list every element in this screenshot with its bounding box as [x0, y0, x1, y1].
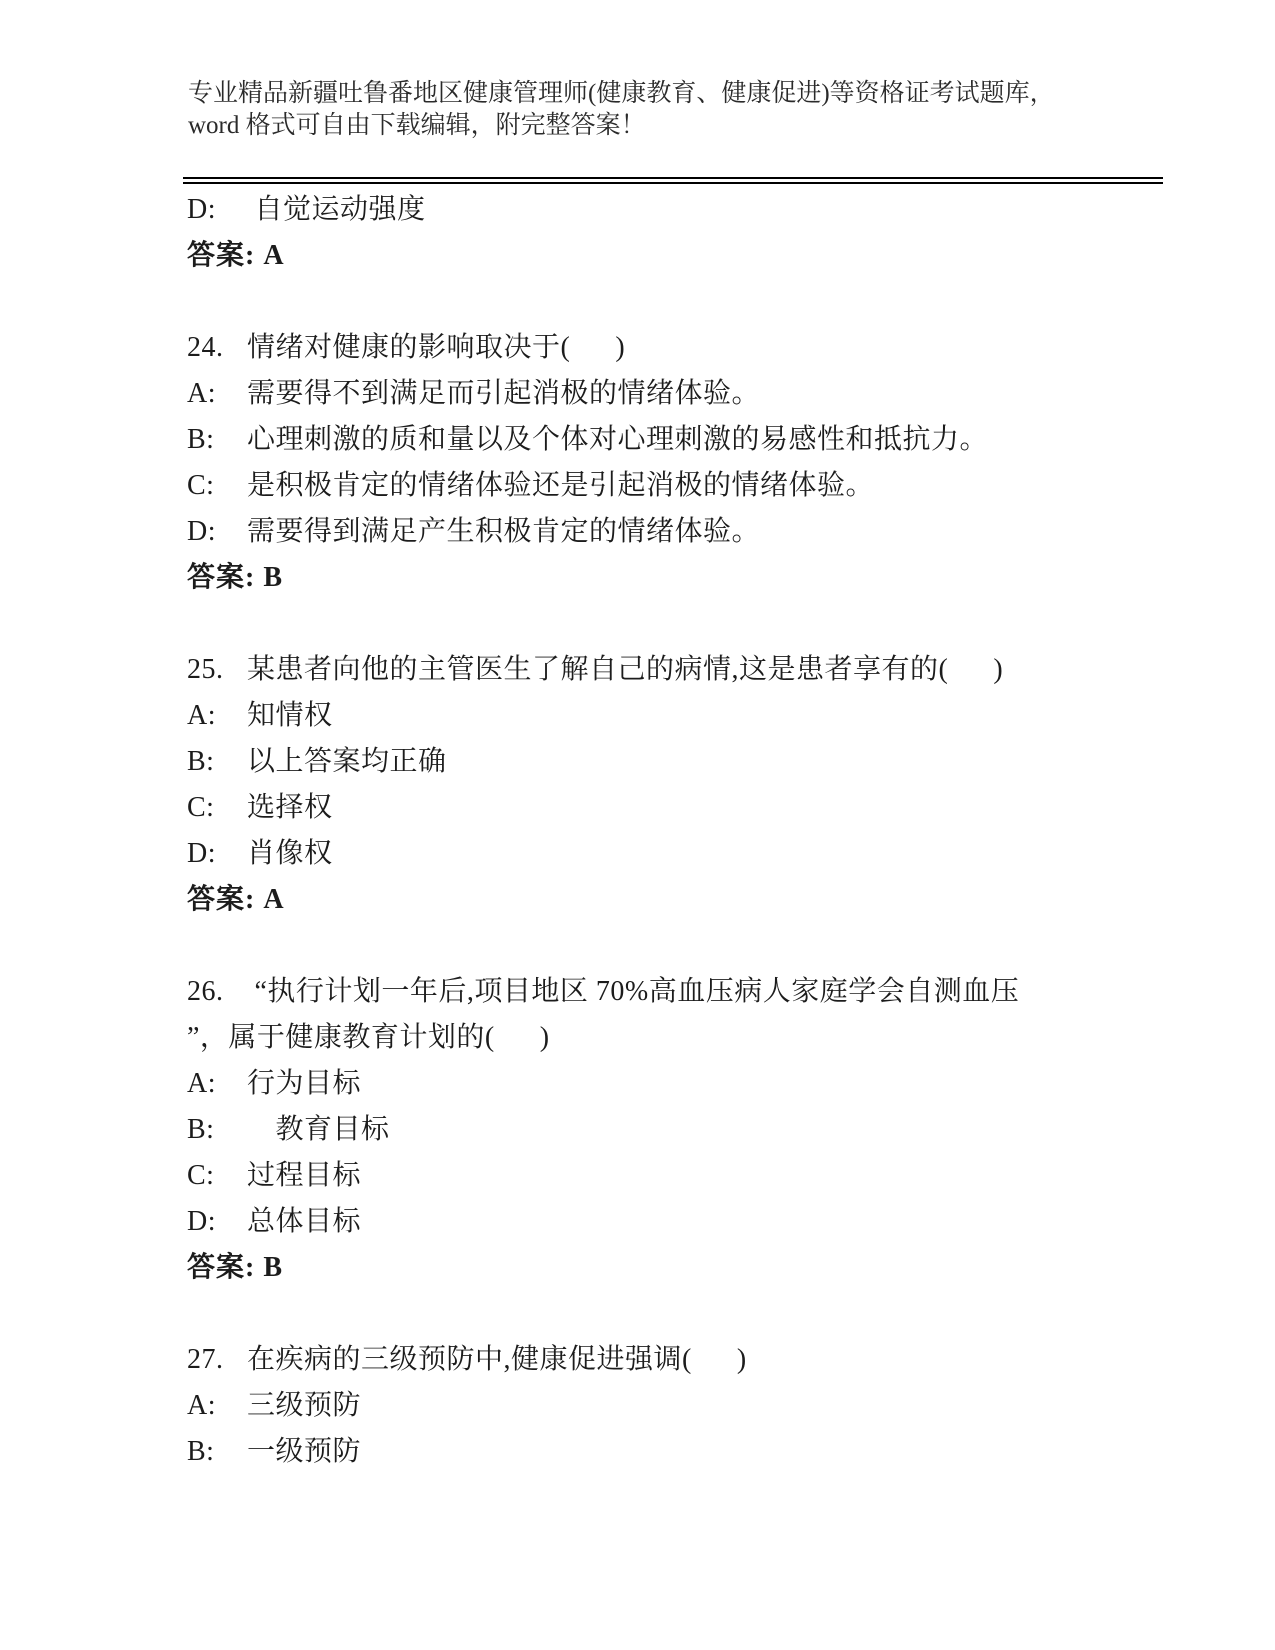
question-27: 27.在疾病的三级预防中,健康促进强调( )A:三级预防B:一级预防 — [187, 1337, 1135, 1475]
question-23-tail: D: 自觉运动强度答案: A — [187, 187, 1135, 279]
line-text: 教育目标 — [247, 1114, 390, 1145]
header-line-2: word 格式可自由下载编辑，附完整答案！ — [188, 110, 1135, 142]
option-label: A: — [187, 371, 247, 417]
question-line: 27.在疾病的三级预防中,健康促进强调( ) — [187, 1337, 1135, 1383]
option-label: B: — [187, 739, 247, 785]
line-text: 是积极肯定的情绪体验还是引起消极的情绪体验。 — [247, 470, 874, 501]
option-label: A: — [187, 693, 247, 739]
document-body: D: 自觉运动强度答案: A24.情绪对健康的影响取决于( )A:需要得不到满足… — [187, 187, 1135, 1475]
question-24: 24.情绪对健康的影响取决于( )A:需要得不到满足而引起消极的情绪体验。B:心… — [187, 325, 1135, 601]
option-line: D:肖像权 — [187, 831, 1135, 877]
option-label: C: — [187, 1153, 247, 1199]
option-label: D: — [187, 1199, 247, 1245]
line-text: “执行计划一年后,项目地区 70%高血压病人家庭学会自测血压 — [247, 976, 1019, 1007]
option-line: C:选择权 — [187, 785, 1135, 831]
question-number: 27. — [187, 1337, 247, 1383]
line-text: 三级预防 — [247, 1390, 361, 1421]
question-number: 25. — [187, 647, 247, 693]
answer-line: 答案: A — [187, 877, 1135, 923]
option-label: B: — [187, 1429, 247, 1475]
option-line: B:以上答案均正确 — [187, 739, 1135, 785]
header-rule — [183, 177, 1163, 184]
option-label: D: — [187, 831, 247, 877]
line-text: 答案: A — [187, 884, 285, 915]
option-line: B: 教育目标 — [187, 1107, 1135, 1153]
answer-line: 答案: A — [187, 233, 1135, 279]
option-line: A:需要得不到满足而引起消极的情绪体验。 — [187, 371, 1135, 417]
option-line: D:总体目标 — [187, 1199, 1135, 1245]
option-line: C:过程目标 — [187, 1153, 1135, 1199]
line-text: 心理刺激的质和量以及个体对心理刺激的易感性和抵抗力。 — [247, 424, 988, 455]
question-number: 26. — [187, 969, 247, 1015]
option-label: C: — [187, 785, 247, 831]
option-line: D:需要得到满足产生积极肯定的情绪体验。 — [187, 509, 1135, 555]
line-text: 过程目标 — [247, 1160, 361, 1191]
line-text: 一级预防 — [247, 1436, 361, 1467]
line-text: 答案: B — [187, 562, 283, 593]
question-line: 25.某患者向他的主管医生了解自己的病情,这是患者享有的( ) — [187, 647, 1135, 693]
option-label: D: — [187, 187, 247, 233]
line-text: 自觉运动强度 — [247, 194, 426, 225]
answer-line: 答案: B — [187, 1245, 1135, 1291]
option-label: D: — [187, 509, 247, 555]
answer-line: 答案: B — [187, 555, 1135, 601]
option-label: B: — [187, 1107, 247, 1153]
line-text: 肖像权 — [247, 838, 333, 869]
header-line-1: 专业精品新疆吐鲁番地区健康管理师(健康教育、健康促进)等资格证考试题库， — [188, 78, 1135, 110]
line-text: 答案: B — [187, 1252, 283, 1283]
line-text: 情绪对健康的影响取决于( ) — [247, 332, 625, 363]
document-page: 专业精品新疆吐鲁番地区健康管理师(健康教育、健康促进)等资格证考试题库， wor… — [0, 0, 1275, 1650]
continuation-line: ”，属于健康教育计划的( ) — [187, 1015, 1135, 1061]
option-line: D: 自觉运动强度 — [187, 187, 1135, 233]
question-line: 26. “执行计划一年后,项目地区 70%高血压病人家庭学会自测血压 — [187, 969, 1135, 1015]
option-line: A:知情权 — [187, 693, 1135, 739]
question-line: 24.情绪对健康的影响取决于( ) — [187, 325, 1135, 371]
option-line: B:一级预防 — [187, 1429, 1135, 1475]
line-text: 在疾病的三级预防中,健康促进强调( ) — [247, 1344, 747, 1375]
option-label: A: — [187, 1061, 247, 1107]
option-line: B:心理刺激的质和量以及个体对心理刺激的易感性和抵抗力。 — [187, 417, 1135, 463]
option-label: B: — [187, 417, 247, 463]
option-line: C:是积极肯定的情绪体验还是引起消极的情绪体验。 — [187, 463, 1135, 509]
page-header: 专业精品新疆吐鲁番地区健康管理师(健康教育、健康促进)等资格证考试题库， wor… — [188, 0, 1135, 142]
line-text: 答案: A — [187, 240, 285, 271]
option-line: A:三级预防 — [187, 1383, 1135, 1429]
line-text: 需要得不到满足而引起消极的情绪体验。 — [247, 378, 760, 409]
question-number: 24. — [187, 325, 247, 371]
option-line: A:行为目标 — [187, 1061, 1135, 1107]
question-25: 25.某患者向他的主管医生了解自己的病情,这是患者享有的( )A:知情权B:以上… — [187, 647, 1135, 923]
line-text: 某患者向他的主管医生了解自己的病情,这是患者享有的( ) — [247, 654, 1003, 685]
option-label: A: — [187, 1383, 247, 1429]
line-text: ”，属于健康教育计划的( ) — [187, 1022, 550, 1053]
line-text: 行为目标 — [247, 1068, 361, 1099]
line-text: 知情权 — [247, 700, 333, 731]
line-text: 以上答案均正确 — [247, 746, 447, 777]
line-text: 选择权 — [247, 792, 333, 823]
line-text: 总体目标 — [247, 1206, 361, 1237]
line-text: 需要得到满足产生积极肯定的情绪体验。 — [247, 516, 760, 547]
option-label: C: — [187, 463, 247, 509]
question-26: 26. “执行计划一年后,项目地区 70%高血压病人家庭学会自测血压”，属于健康… — [187, 969, 1135, 1291]
